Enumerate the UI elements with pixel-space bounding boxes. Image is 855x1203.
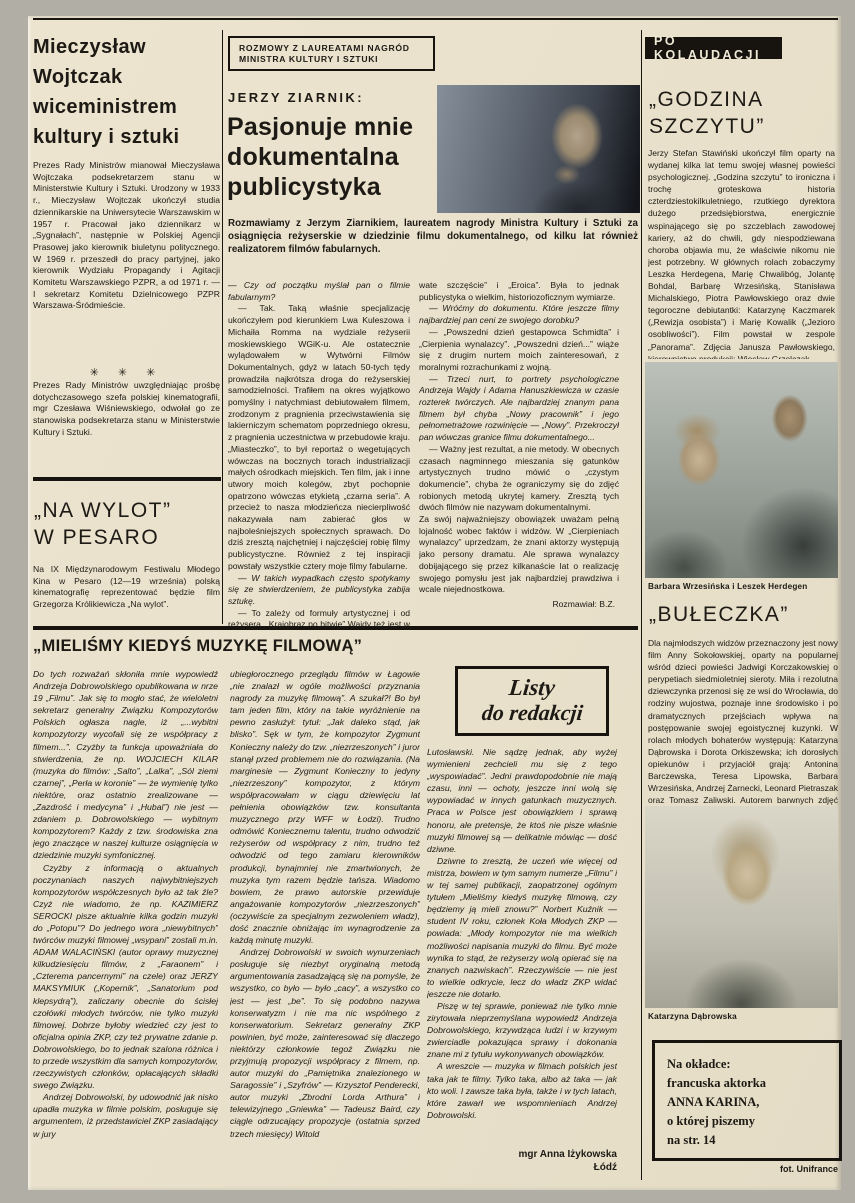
interview-title-line: dokumentalna <box>227 142 437 172</box>
interview-lead: Rozmawiamy z Jerzym Ziarnikiem, laureate… <box>228 217 638 256</box>
interview-title-line: publicystyka <box>227 172 437 202</box>
interview-column-2: wate szczęście” i „Eroica”. Była to jedn… <box>419 280 619 628</box>
paragraph: Andrzej Dobrowolski, by udowodnić jak ni… <box>33 1091 218 1139</box>
paragraph: — Czy od początku myślał pan o filmie fa… <box>228 280 410 303</box>
pesaro-title-line: „NA WYLOT” <box>34 497 234 524</box>
paragraph: — „Powszedni dzień gestapowca Schmidta” … <box>419 327 619 374</box>
top-rule <box>33 18 838 20</box>
minister-article-body-2: Prezes Rady Ministrów uwzględniając proś… <box>33 380 220 475</box>
letters-signature: mgr Anna Iżykowska Łódź <box>427 1148 617 1174</box>
cover-note-box: Na okładce: francuska aktorka ANNA KARIN… <box>652 1040 842 1161</box>
godzina-body: Jerzy Stefan Stawiński ukończył film opa… <box>648 147 835 359</box>
cover-note-line: Na okładce: <box>667 1055 829 1074</box>
buleczka-photo-caption: Katarzyna Dąbrowska <box>648 1012 838 1021</box>
letters-column-1: Do tych rozważań skłoniła mnie wypowiedź… <box>33 668 218 1188</box>
pesaro-top-rule <box>33 477 221 481</box>
section-stars-divider: ✳ ✳ ✳ <box>33 366 220 379</box>
buleczka-body: Dla najmłodszych widzów przeznaczony jes… <box>648 637 838 809</box>
paragraph: — Trzeci nurt, to portrety psychologiczn… <box>419 374 619 444</box>
buleczka-title: „BUŁECZKA” <box>649 601 855 628</box>
cover-note-line: ANNA KARINA, <box>667 1093 829 1112</box>
paragraph: — To zależy od formuły artystycznej i od… <box>228 608 410 628</box>
kicker-line: MINISTRA KULTURY I SZTUKI <box>239 54 425 65</box>
cover-note-line: o której piszemy <box>667 1112 829 1131</box>
interview-title-line: Pasjonuje mnie <box>227 112 437 142</box>
letters-column-2: ubiegłorocznego przeglądu filmów w Łagow… <box>230 668 420 1188</box>
paragraph: Do tych rozważań skłoniła mnie wypowiedź… <box>33 668 218 862</box>
pesaro-article-title: „NA WYLOT” W PESARO <box>34 497 234 551</box>
minister-title-line: kultury i sztuki <box>33 122 221 152</box>
godzina-photo-caption: Barbara Wrzesińska i Leszek Herdegen <box>648 582 838 591</box>
paragraph: — W takich wypadkach często spotykamy si… <box>228 573 410 608</box>
interview-speaker-name: JERZY ZIARNIK: <box>228 90 364 105</box>
paragraph: Rozmawiał: B.Z. <box>419 599 619 611</box>
screenshot-root: { "page": { "bg": "#e9e1cb", "edge": "#b… <box>0 0 855 1203</box>
magazine-page: Mieczysław Wojtczak wiceministrem kultur… <box>28 16 841 1190</box>
photo-credit: fot. Unifrance <box>728 1164 838 1174</box>
photo-katarzyna-dabrowska <box>645 806 838 1008</box>
letters-box-title-line: do redakcji <box>480 700 584 726</box>
paragraph: Jerzy Stefan Stawiński ukończył film opa… <box>648 147 835 359</box>
minister-title-line: wiceministrem <box>33 92 221 122</box>
paragraph: Za swój najważniejszy obowiązek uważam p… <box>419 514 619 596</box>
paragraph: Prezes Rady Ministrów uwzględniając proś… <box>33 380 220 439</box>
minister-title-line: Mieczysław <box>33 32 221 62</box>
paragraph: Prezes Rady Ministrów mianował Mieczysła… <box>33 160 220 312</box>
paragraph: — Tak. Taką właśnie specjalizację ukończ… <box>228 303 410 572</box>
letters-box-title-line: Listy <box>508 676 557 700</box>
minister-article-body-1: Prezes Rady Ministrów mianował Mieczysła… <box>33 160 220 360</box>
godzina-title-line: „GODZINA <box>649 86 849 113</box>
interview-column-1: — Czy od początku myślał pan o filmie fa… <box>228 280 410 628</box>
photo-jerzy-ziarnik <box>437 85 640 213</box>
paragraph: Lutosławski. Nie sądzę jednak, aby wyżej… <box>427 746 617 855</box>
letters-signature-city: Łódź <box>427 1161 617 1174</box>
godzina-title: „GODZINA SZCZYTU” <box>649 86 849 140</box>
paragraph: ubiegłorocznego przeglądu filmów w Łagow… <box>230 668 420 946</box>
letters-top-rule <box>33 626 638 630</box>
minister-article-title: Mieczysław Wojtczak wiceministrem kultur… <box>33 32 221 152</box>
paragraph: wate szczęście” i „Eroica”. Była to jedn… <box>419 280 619 303</box>
paragraph: A wreszcie — muzyka w filmach polskich j… <box>427 1060 617 1120</box>
paragraph: — Ważny jest rezultat, a nie metody. W o… <box>419 444 619 514</box>
paragraph: — Wróćmy do dokumentu. Które jeszcze fil… <box>419 303 619 326</box>
photo-wrzesinska-herdegen <box>645 362 838 578</box>
letters-column-3: Lutosławski. Nie sądzę jednak, aby wyżej… <box>427 746 617 1144</box>
interview-title: Pasjonuje mnie dokumentalna publicystyka <box>227 112 437 202</box>
po-kolaudacji-bar: PO KOLAUDACJI <box>645 37 782 59</box>
paragraph: Dla najmłodszych widzów przeznaczony jes… <box>648 637 838 809</box>
paragraph: Dziwne to zresztą, że uczeń wie więcej o… <box>427 855 617 1000</box>
kicker-line: ROZMOWY Z LAUREATAMI NAGRÓD <box>239 43 425 54</box>
letters-to-editor-box: Listy do redakcji <box>455 666 609 736</box>
column-rule-right <box>641 30 642 1180</box>
cover-note-line: francuska aktorka <box>667 1074 829 1093</box>
paragraph: Czyżby z informacją o aktualnych poczyna… <box>33 862 218 1092</box>
cover-note-line: na str. 14 <box>667 1131 829 1150</box>
paragraph: Andrzej Dobrowolski w swoich wynurzeniac… <box>230 946 420 1140</box>
minister-title-line: Wojtczak <box>33 62 221 92</box>
pesaro-article-body: Na IX Międzynarodowym Festiwalu Młodego … <box>33 564 220 626</box>
godzina-title-line: SZCZYTU” <box>649 113 849 140</box>
paragraph: Piszę w tej sprawie, ponieważ nie tylko … <box>427 1000 617 1060</box>
letters-headline: „MIELIŚMY KIEDYŚ MUZYKĘ FILMOWĄ” <box>33 637 553 656</box>
pesaro-title-line: W PESARO <box>34 524 234 551</box>
interview-kicker-box: ROZMOWY Z LAUREATAMI NAGRÓD MINISTRA KUL… <box>228 36 435 71</box>
letters-signature-name: mgr Anna Iżykowska <box>427 1148 617 1161</box>
paragraph: Na IX Międzynarodowym Festiwalu Młodego … <box>33 564 220 611</box>
